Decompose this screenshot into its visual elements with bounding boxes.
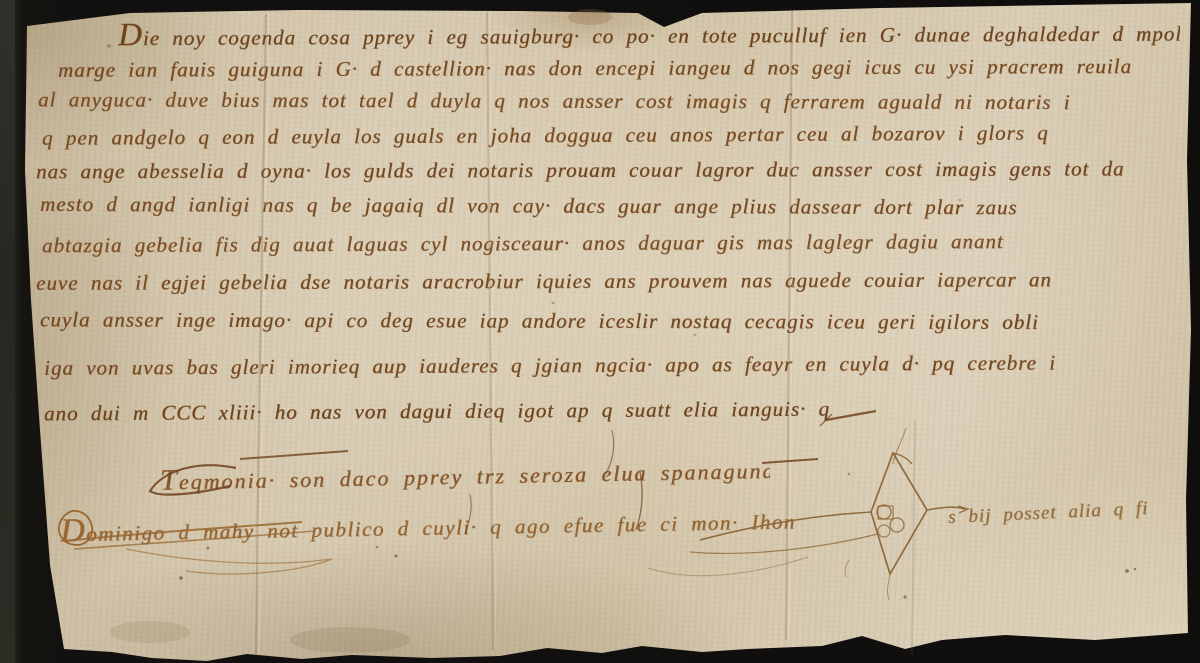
- ink-flourish-overlay: [0, 0, 1200, 663]
- notary-initial-flourish: [59, 511, 332, 574]
- witness-line-flourish: [150, 430, 818, 534]
- line-end-dash: [820, 411, 876, 426]
- notarial-signum-icon: [648, 428, 968, 600]
- fold-creases: [256, 10, 915, 655]
- manuscript-scan: Die noy cogenda cosa pprey i eg sauigbur…: [0, 0, 1200, 663]
